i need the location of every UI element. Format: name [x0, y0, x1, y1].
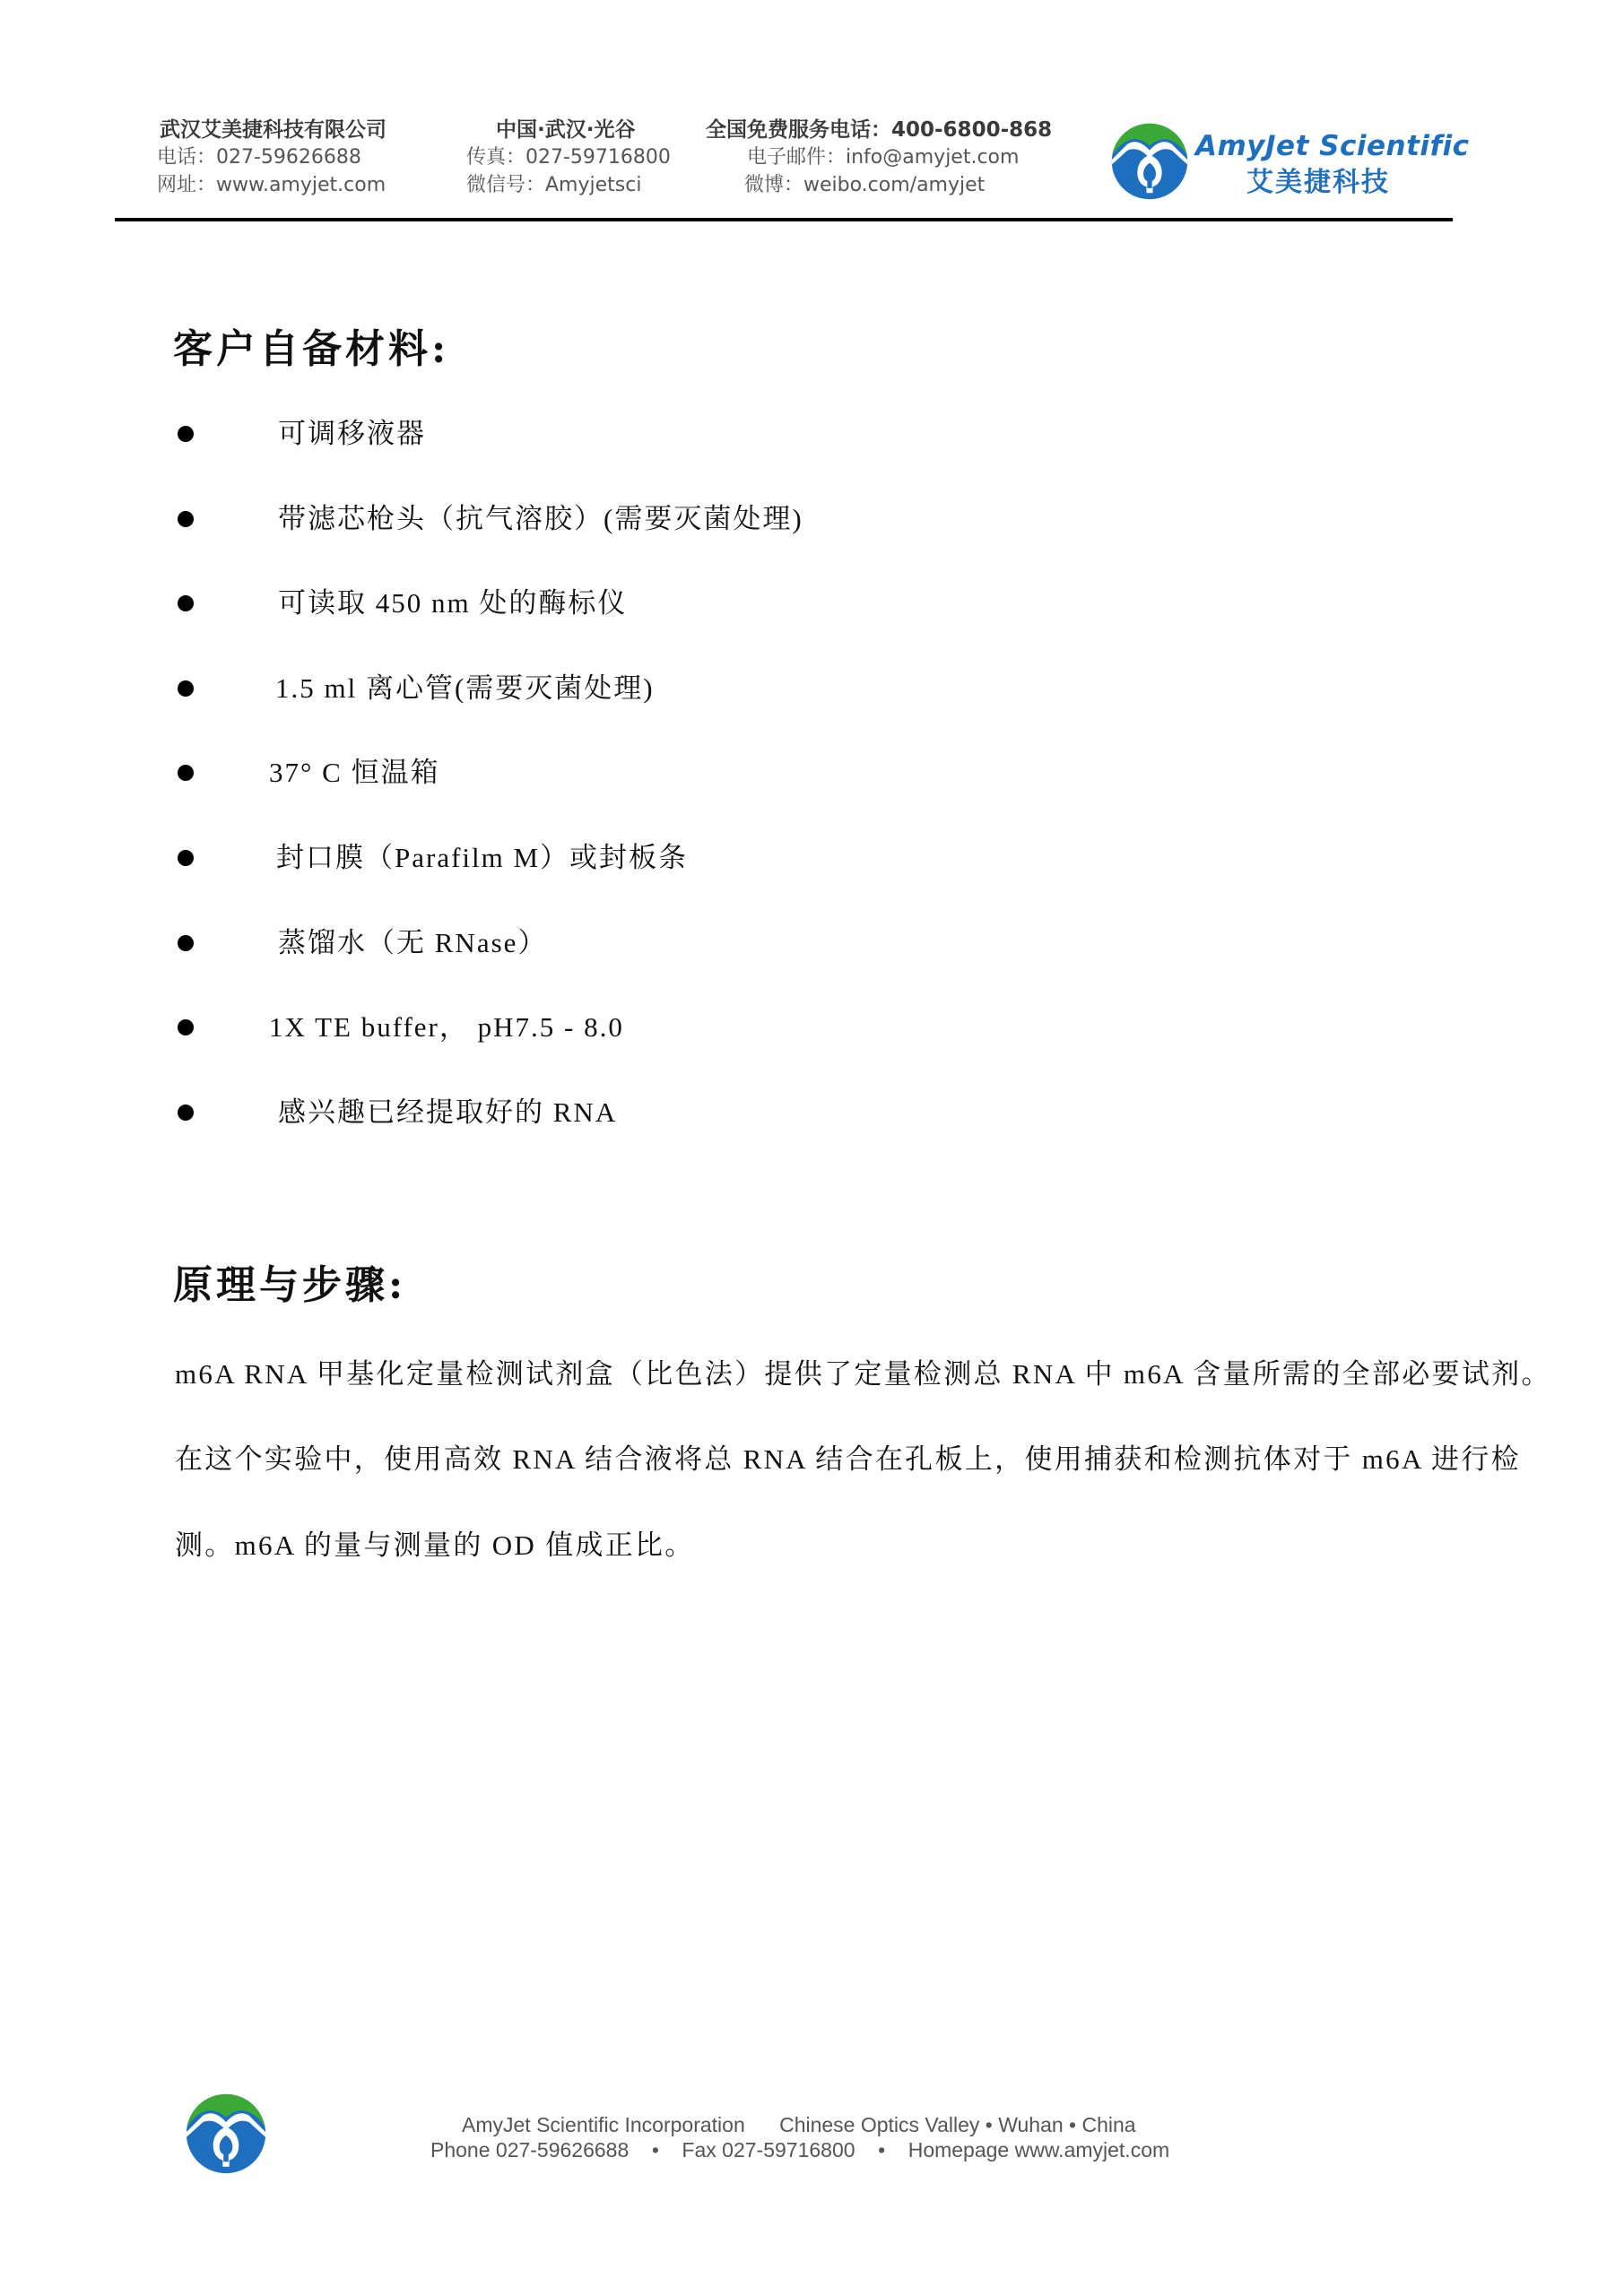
logo-name-cn: 艾美捷科技: [1246, 160, 1390, 199]
list-item-text: 1X TE buffer， pH7.5 - 8.0: [269, 1009, 624, 1045]
amyjet-logo-icon: [1110, 122, 1189, 201]
list-item-text: 37° C 恒温箱: [269, 755, 440, 791]
company-website: 网址：www.amyjet.com: [157, 172, 386, 199]
footer-contact-line: Phone 027-59626688 • Fax 027-59716800 • …: [430, 2137, 1169, 2162]
list-item-text: 蒸馏水（无 RNase）: [278, 925, 547, 961]
paragraph-line: 测。m6A 的量与测量的 OD 值成正比。: [175, 1528, 695, 1564]
footer-company-line: AmyJet Scientific Incorporation Chinese …: [462, 2112, 1136, 2137]
bullet-icon: [178, 680, 194, 697]
list-item-text: 感兴趣已经提取好的 RNA: [278, 1095, 617, 1131]
bullet-icon: [178, 765, 194, 781]
list-item-text: 可调移液器: [278, 416, 426, 452]
bullet-icon: [178, 935, 194, 951]
list-item-text: 1.5 ml 离心管(需要灭菌处理): [275, 671, 655, 706]
company-wechat: 微信号：Amyjetsci: [466, 172, 641, 199]
section-heading: 客户自备材料:: [173, 325, 449, 375]
paragraph-line: m6A RNA 甲基化定量检测试剂盒（比色法）提供了定量检测总 RNA 中 m6…: [175, 1356, 1551, 1392]
company-location: 中国·武汉·光谷: [496, 117, 635, 143]
bullet-icon: [178, 1019, 194, 1035]
list-item-text: 可读取 450 nm 处的酶标仪: [278, 585, 627, 621]
bullet-icon: [178, 511, 194, 527]
company-fax: 传真：027-59716800: [466, 144, 671, 171]
logo-name-en: AmyJet Scientific: [1195, 130, 1470, 162]
bullet-icon: [178, 850, 194, 866]
list-item-text: 带滤芯枪头（抗气溶胶）(需要灭菌处理): [278, 501, 803, 537]
bullet-icon: [178, 595, 194, 611]
company-name: 武汉艾美捷科技有限公司: [160, 117, 386, 143]
company-phone: 电话：027-59626688: [157, 144, 361, 171]
paragraph-line: 在这个实验中，使用高效 RNA 结合液将总 RNA 结合在孔板上，使用捕获和检测…: [175, 1442, 1521, 1477]
company-email: 电子邮件：info@amyjet.com: [747, 144, 1019, 171]
section-heading: 原理与步骤:: [173, 1261, 406, 1311]
amyjet-logo-icon: [185, 2092, 267, 2175]
list-item-text: 封口膜（Parafilm M）或封板条: [276, 840, 688, 876]
bullet-icon: [178, 426, 194, 442]
company-hotline: 全国免费服务电话：400-6800-868: [706, 117, 1052, 143]
company-weibo: 微博：weibo.com/amyjet: [744, 172, 985, 199]
header-divider: [115, 218, 1453, 221]
bullet-icon: [178, 1105, 194, 1121]
